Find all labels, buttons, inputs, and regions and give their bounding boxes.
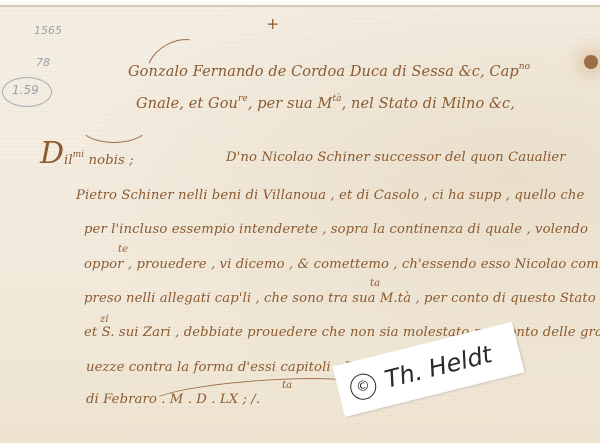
pencil-circled-number: 1.59 <box>12 83 39 97</box>
body-line-6: et S. sui Zari , debbiate prouedere che … <box>84 325 600 340</box>
body-line-1: D'no Nicolao Schiner successor del quon … <box>226 150 566 165</box>
interlinear-ta: ta <box>370 278 380 289</box>
signature-text: Th. Heldt <box>382 340 495 394</box>
copyright-icon: © <box>347 371 379 403</box>
sticker-signature: ©Th. Heldt <box>347 340 495 402</box>
heading-line-1: Gonzalo Fernando de Cordoa Duca di Sessa… <box>128 62 530 80</box>
body-line-2: Pietro Schiner nelli beni di Villanoua ,… <box>76 188 584 203</box>
body-line-3: per l'incluso essempio intenderete , sop… <box>84 222 588 237</box>
salutation-initial: D <box>40 136 64 171</box>
salutation: ilmi nobis ; <box>64 150 134 168</box>
ink-stain <box>584 55 598 69</box>
pencil-note-year: 1565 <box>34 24 62 37</box>
heading-line-2: Gnale, et Goure, per sua Mtà, nel Stato … <box>136 94 515 112</box>
cross-mark: + <box>266 14 279 33</box>
interlinear-te: te <box>118 244 128 255</box>
pencil-note-number: 78 <box>36 56 50 69</box>
body-line-4: oppor , prouedere , vi dicemo , & comett… <box>84 257 600 272</box>
date-superscript: ta <box>282 380 292 391</box>
paper-top-edge <box>0 0 600 8</box>
manuscript-page: 1565 78 1.59 + Gonzalo Fernando de Cordo… <box>0 0 600 443</box>
interlinear-zi: zi <box>100 314 109 325</box>
date-line: di Febraro . M . D . LX ; /. <box>86 392 260 407</box>
body-line-5: preso nelli allegati cap'li , che sono t… <box>84 291 600 306</box>
